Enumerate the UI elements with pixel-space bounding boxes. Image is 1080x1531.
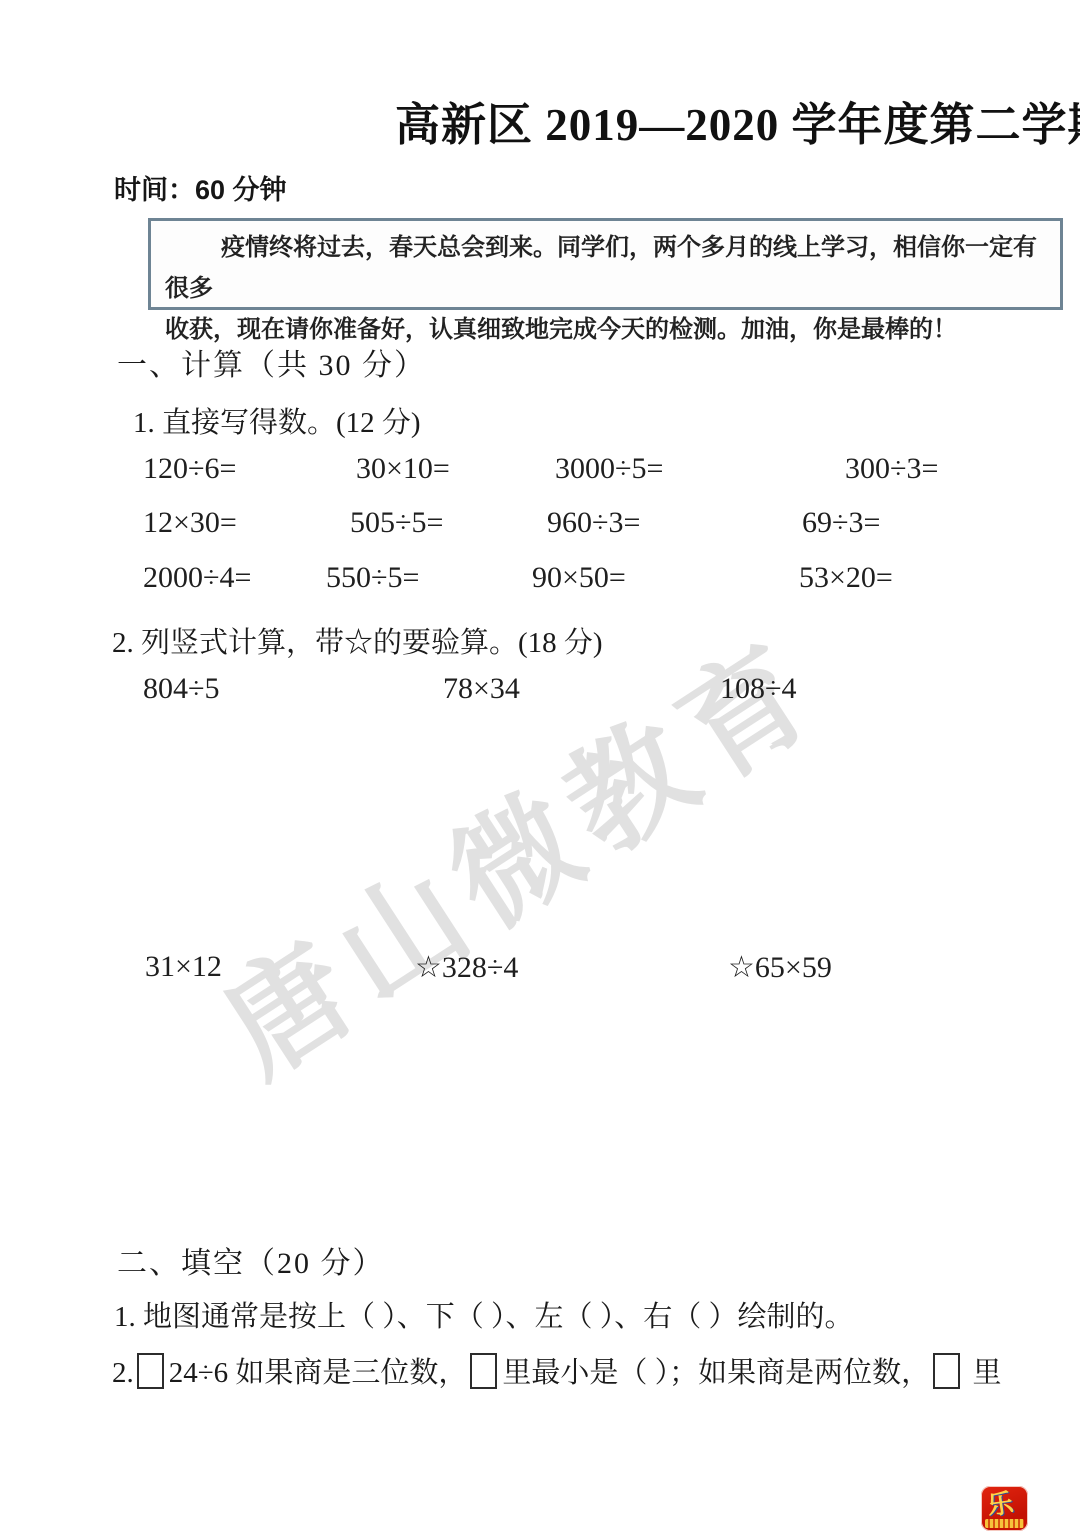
direct-calc-row-2: 12×30= 505÷5= 960÷3= 69÷3= — [0, 506, 1080, 546]
direct-calc-row-1: 120÷6= 30×10= 3000÷5= 300÷3= — [0, 452, 1080, 492]
question-2-label: 2. 列竖式计算，带☆的要验算。(18 分) — [112, 620, 603, 661]
notice-line2: 收获，现在请你准备好，认真细致地完成今天的检测。加油，你是最棒的！ — [165, 316, 957, 343]
expression: 90×50= — [532, 561, 626, 595]
logo-character: 乐 — [985, 1486, 1016, 1523]
expression: 78×34 — [443, 672, 520, 706]
vertical-calc-row-2: 31×12 ☆328÷4 ☆65×59 — [0, 950, 1080, 990]
expression: ☆328÷4 — [415, 950, 518, 985]
expression: 108÷4 — [720, 672, 796, 706]
blank-box-icon — [933, 1353, 960, 1389]
exam-time-label: 时间：60 分钟 — [114, 168, 287, 207]
expression: 960÷3= — [547, 506, 640, 540]
question-1-label: 1. 直接写得数。(12 分) — [133, 400, 421, 441]
expression: 30×10= — [356, 452, 450, 486]
expression: 505÷5= — [350, 506, 443, 540]
expression: 31×12 — [145, 950, 222, 984]
publisher-logo-icon: 乐 — [981, 1486, 1028, 1531]
blank-box-icon — [470, 1353, 497, 1389]
expression: 69÷3= — [802, 506, 880, 540]
expression: 120÷6= — [143, 452, 236, 486]
fill-blank-question-2: 2.24÷6 如果商是三位数，里最小是（ ）；如果商是两位数， 里 — [112, 1350, 1001, 1391]
expression: 2000÷4= — [143, 561, 251, 595]
notice-box: 疫情终将过去，春天总会到来。同学们，两个多月的线上学习，相信你一定有很多收获，现… — [148, 218, 1063, 310]
expression: 300÷3= — [845, 452, 938, 486]
question-text-part1: 24÷6 如果商是三位数， — [169, 1357, 468, 1389]
direct-calc-row-3: 2000÷4= 550÷5= 90×50= 53×20= — [0, 561, 1080, 601]
expression: 3000÷5= — [555, 452, 663, 486]
expression: ☆65×59 — [728, 950, 832, 985]
question-text-part2: 里最小是（ ）；如果商是两位数， — [502, 1357, 930, 1389]
vertical-calc-row-1: 804÷5 78×34 108÷4 — [0, 672, 1080, 712]
question-number: 2. — [112, 1357, 134, 1389]
question-text-part3: 里 — [972, 1357, 1001, 1389]
expression: 53×20= — [799, 561, 893, 595]
expression: 550÷5= — [326, 561, 419, 595]
page-title: 高新区 2019—2020 学年度第二学期 — [395, 88, 1080, 153]
fill-blank-question-1: 1. 地图通常是按上（ ）、下（ ）、左（ ）、右（ ）绘制的。 — [114, 1294, 854, 1335]
notice-line1: 疫情终将过去，春天总会到来。同学们，两个多月的线上学习，相信你一定有很多 — [165, 234, 1037, 302]
notice-text: 疫情终将过去，春天总会到来。同学们，两个多月的线上学习，相信你一定有很多收获，现… — [151, 221, 1060, 350]
expression: 804÷5 — [143, 672, 219, 706]
blank-box-icon — [137, 1353, 164, 1389]
expression: 12×30= — [143, 506, 237, 540]
exam-paper-page: 唐山微教育 高新区 2019—2020 学年度第二学期 时间：60 分钟 疫情终… — [0, 0, 1080, 1531]
section-one-heading: 一、计算（共 30 分） — [117, 340, 426, 384]
logo-banner — [985, 1519, 1024, 1528]
section-two-heading: 二、填空（20 分） — [117, 1238, 385, 1282]
